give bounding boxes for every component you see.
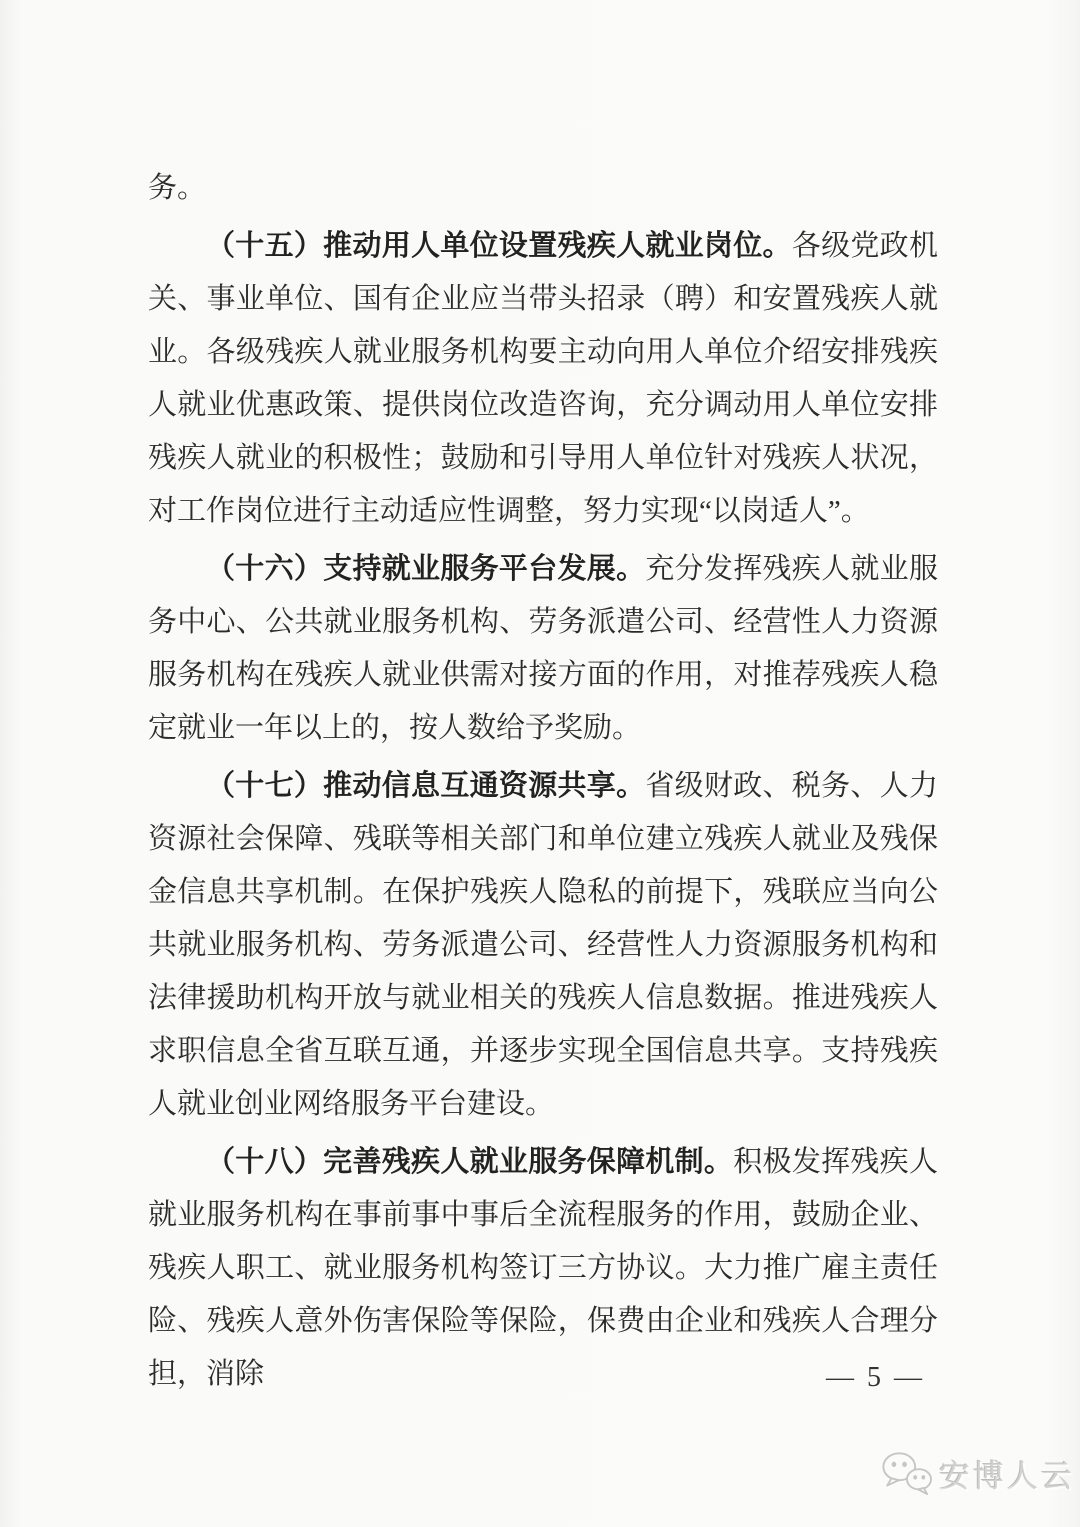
watermark-label: 安博人云 [939, 1451, 1075, 1496]
paragraph-heading: （十五）推动用人单位设置残疾人就业岗位。 [206, 230, 792, 262]
paragraph-heading: （十八）完善残疾人就业服务保障机制。 [206, 1146, 733, 1178]
paragraph-heading: （十七）推动信息互通资源共享。 [206, 770, 645, 802]
document-text-block: 务。 （十五）推动用人单位设置残疾人就业岗位。各级党政机关、事业单位、国有企业应… [148, 162, 938, 1406]
paragraph-18: （十八）完善残疾人就业服务保障机制。积极发挥残疾人就业服务机构在事前事中事后全流… [148, 1136, 938, 1401]
document-page: 务。 （十五）推动用人单位设置残疾人就业岗位。各级党政机关、事业单位、国有企业应… [0, 0, 1080, 1527]
page-number: — 5 — [826, 1362, 925, 1394]
paragraph-heading: （十六）支持就业服务平台发展。 [206, 553, 645, 585]
paragraph-text: 各级党政机关、事业单位、国有企业应当带头招录（聘）和安置残疾人就业。各级残疾人就… [148, 230, 938, 527]
paragraph-15: （十五）推动用人单位设置残疾人就业岗位。各级党政机关、事业单位、国有企业应当带头… [148, 220, 938, 538]
watermark: 安博人云 [880, 1450, 1075, 1497]
wechat-icon [880, 1450, 932, 1497]
paragraph-continuation: 务。 [148, 162, 938, 215]
paragraph-text: 务。 [148, 172, 206, 204]
paragraph-text: 省级财政、税务、人力资源社会保障、残联等相关部门和单位建立残疾人就业及残保金信息… [148, 770, 938, 1120]
paragraph-text: 积极发挥残疾人就业服务机构在事前事中事后全流程服务的作用，鼓励企业、残疾人职工、… [148, 1146, 938, 1390]
paragraph-17: （十七）推动信息互通资源共享。省级财政、税务、人力资源社会保障、残联等相关部门和… [148, 760, 938, 1131]
paragraph-16: （十六）支持就业服务平台发展。充分发挥残疾人就业服务中心、公共就业服务机构、劳务… [148, 543, 938, 755]
